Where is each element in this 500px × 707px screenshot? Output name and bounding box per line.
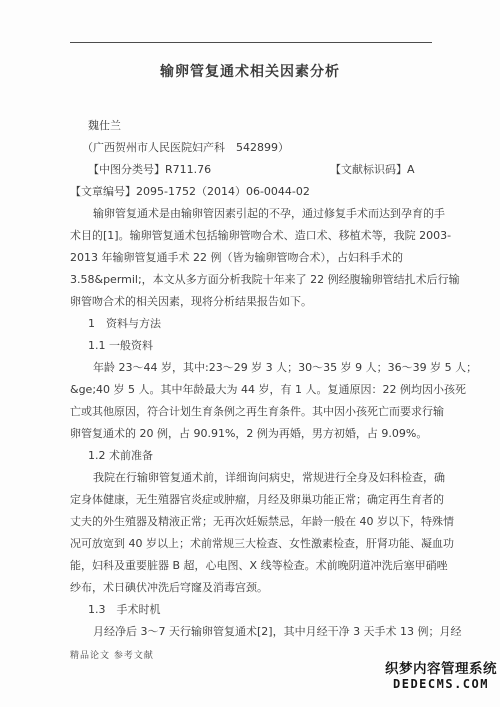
page-title: 输卵管复通术相关因素分析: [0, 61, 500, 81]
section-heading-1-2: 1.2 术前准备: [70, 445, 438, 467]
watermark-chinese-text: 织梦内容管理系统: [385, 662, 497, 677]
paragraph-line: 丈夫的外生殖器及精液正常；无再次妊娠禁忌，年龄一般在 40 岁以下，特殊情: [70, 511, 438, 533]
paragraph-line: 亡或其他原因，符合计划生育条例之再生育条件。其中因小孩死亡而要求行输: [70, 401, 438, 423]
paragraph-line: 3.58&permil;，本文从多方面分析我院十年来了 22 例经腹输卵管结扎术…: [70, 269, 438, 291]
affiliation: （广西贺州市人民医院妇产科 542899）: [70, 137, 438, 159]
document-code: 【文献标识码】A: [330, 159, 415, 181]
paragraph-line: 月经净后 3～7 天行输卵管复通术[2]，其中月经干净 3 天手术 13 例；月…: [70, 621, 438, 643]
paragraph-line: 定身体健康，无生殖器官炎症或肿瘤，月经及卵巢功能正常；确定再生育者的: [70, 489, 438, 511]
clc-number: 【中图分类号】R711.76: [70, 163, 211, 176]
footer-note: 精品论文 参考文献: [70, 648, 154, 661]
paragraph-line: 2013 年输卵管复通手术 22 例（皆为输卵管吻合术），占妇科手术的: [70, 247, 438, 269]
paragraph-line: 况可放宽到 40 岁以上；术前常规三大检查、女性激素检查，肝肾功能、凝血功: [70, 533, 438, 555]
paragraph-line: &ge;40 岁 5 人。其中年龄最大为 44 岁，有 1 人。复通原因：22 …: [70, 379, 438, 401]
paragraph-line: 卵管复通术的 20 例，占 90.91%，2 例为再婚，男方初婚，占 9.09%…: [70, 423, 438, 445]
article-number: 【文章编号】2095-1752（2014）06-0044-02: [70, 181, 438, 203]
watermark: 织梦内容管理系统 DEDECMS.COM: [385, 662, 497, 692]
paragraph-line: 能，妇科及重要脏器 B 超，心电图、X 线等检查。术前晚阴道冲洗后塞甲硝唑: [70, 555, 438, 577]
paragraph-line: 术目的[1]。输卵管复通术包括输卵管吻合术、造口术、移植术等，我院 2003-: [70, 225, 438, 247]
author: 魏仕兰: [70, 115, 438, 137]
watermark-domain-text: DEDECMS.COM: [385, 677, 497, 692]
meta-line: 【中图分类号】R711.76 【文献标识码】A: [70, 159, 438, 181]
paragraph-line: 纱布，术日碘伏冲洗后穹窿及消毒宫颈。: [70, 577, 438, 599]
header-rule: [70, 42, 432, 43]
paragraph-line: 卵管吻合术的相关因素，现将分析结果报告如下。: [70, 291, 438, 313]
document-body: 魏仕兰 （广西贺州市人民医院妇产科 542899） 【中图分类号】R711.76…: [70, 115, 438, 643]
paragraph-line: 年龄 23～44 岁，其中:23～29 岁 3 人；30～35 岁 9 人；36…: [70, 357, 438, 379]
paragraph-line: 输卵管复通术是由输卵管因素引起的不孕，通过修复手术而达到孕育的手: [70, 203, 438, 225]
document-page: 输卵管复通术相关因素分析 魏仕兰 （广西贺州市人民医院妇产科 542899） 【…: [0, 0, 500, 707]
section-heading-1: 1 资料与方法: [70, 313, 438, 335]
section-heading-1-1: 1.1 一般资料: [70, 335, 438, 357]
section-heading-1-3: 1.3 手术时机: [70, 599, 438, 621]
paragraph-line: 我院在行输卵管复通术前，详细询问病史，常规进行全身及妇科检查，确: [70, 467, 438, 489]
